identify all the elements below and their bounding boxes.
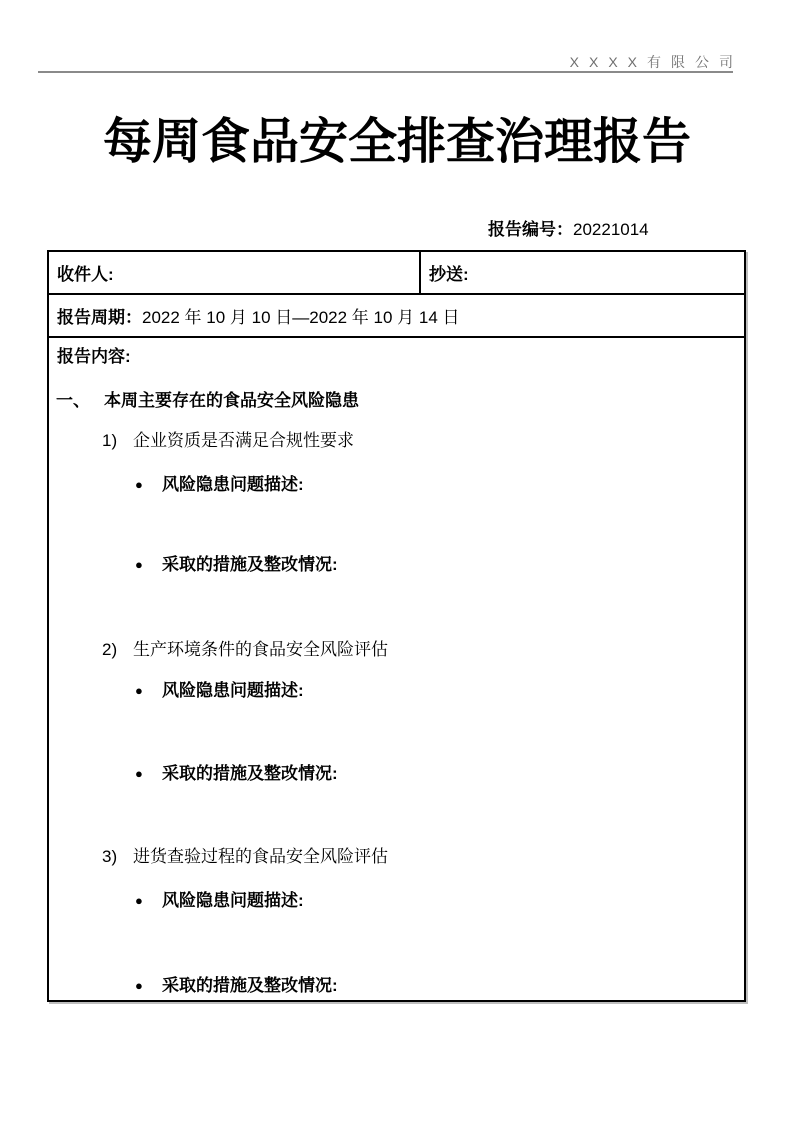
header-divider: [38, 71, 733, 73]
list-item-3: 3)进货查验过程的食品安全风险评估: [102, 847, 388, 867]
report-number-value: 20221014: [573, 220, 649, 239]
bullet-icon: ●: [135, 891, 162, 911]
recipient-label: 收件人:: [57, 260, 114, 285]
report-number-line: 报告编号：20221014: [488, 219, 649, 240]
item-3-bullet-description-label: 风险隐患问题描述:: [162, 891, 304, 910]
item-2-bullet-measures-label: 采取的措施及整改情况:: [162, 764, 338, 783]
list-item-3-title: 进货查验过程的食品安全风险评估: [133, 847, 388, 866]
list-item-1-title: 企业资质是否满足合规性要求: [133, 431, 354, 450]
list-item-3-number: 3): [102, 847, 133, 867]
list-item-1-number: 1): [102, 431, 133, 451]
item-2-bullet-description: ●风险隐患问题描述:: [135, 681, 304, 701]
period-value: 2022 年 10 月 10 日—2022 年 10 月 14 日: [142, 303, 460, 328]
document-title: 每周食品安全排查治理报告: [0, 112, 794, 172]
content-cell: 报告内容: 一、本周主要存在的食品安全风险隐患 1)企业资质是否满足合规性要求 …: [49, 338, 744, 1000]
bullet-icon: ●: [135, 681, 162, 701]
item-3-bullet-measures: ●采取的措施及整改情况:: [135, 976, 338, 996]
section-heading: 一、本周主要存在的食品安全风险隐患: [56, 391, 359, 411]
item-1-bullet-measures: ●采取的措施及整改情况:: [135, 555, 338, 575]
recipient-cell: 收件人:: [49, 252, 421, 293]
section-heading-text: 本周主要存在的食品安全风险隐患: [104, 391, 359, 410]
list-item-2: 2)生产环境条件的食品安全风险评估: [102, 640, 388, 660]
report-table: 收件人: 抄送: 报告周期：2022 年 10 月 10 日—2022 年 10…: [47, 250, 746, 1002]
section-number: 一、: [56, 391, 104, 411]
item-3-bullet-measures-label: 采取的措施及整改情况:: [162, 976, 338, 995]
item-3-bullet-description: ●风险隐患问题描述:: [135, 891, 304, 911]
table-row-recipient-cc: 收件人: 抄送:: [49, 252, 744, 295]
list-item-1: 1)企业资质是否满足合规性要求: [102, 431, 354, 451]
item-1-bullet-measures-label: 采取的措施及整改情况:: [162, 555, 338, 574]
bullet-icon: ●: [135, 764, 162, 784]
company-name: XXXX有限公司: [570, 52, 743, 72]
bullet-icon: ●: [135, 475, 162, 495]
list-item-2-number: 2): [102, 640, 133, 660]
period-label: 报告周期：: [57, 303, 142, 328]
bullet-icon: ●: [135, 555, 162, 575]
list-item-2-title: 生产环境条件的食品安全风险评估: [133, 640, 388, 659]
period-cell: 报告周期：2022 年 10 月 10 日—2022 年 10 月 14 日: [49, 295, 744, 338]
item-1-bullet-description-label: 风险隐患问题描述:: [162, 475, 304, 494]
cc-cell: 抄送:: [421, 252, 744, 293]
bullet-icon: ●: [135, 976, 162, 996]
cc-label: 抄送:: [429, 260, 469, 285]
report-number-label: 报告编号：: [488, 220, 573, 239]
item-2-bullet-description-label: 风险隐患问题描述:: [162, 681, 304, 700]
item-1-bullet-description: ●风险隐患问题描述:: [135, 475, 304, 495]
document-page: XXXX有限公司 每周食品安全排查治理报告 报告编号：20221014 收件人:…: [0, 0, 794, 1123]
content-label: 报告内容:: [57, 347, 131, 367]
item-2-bullet-measures: ●采取的措施及整改情况:: [135, 764, 338, 784]
